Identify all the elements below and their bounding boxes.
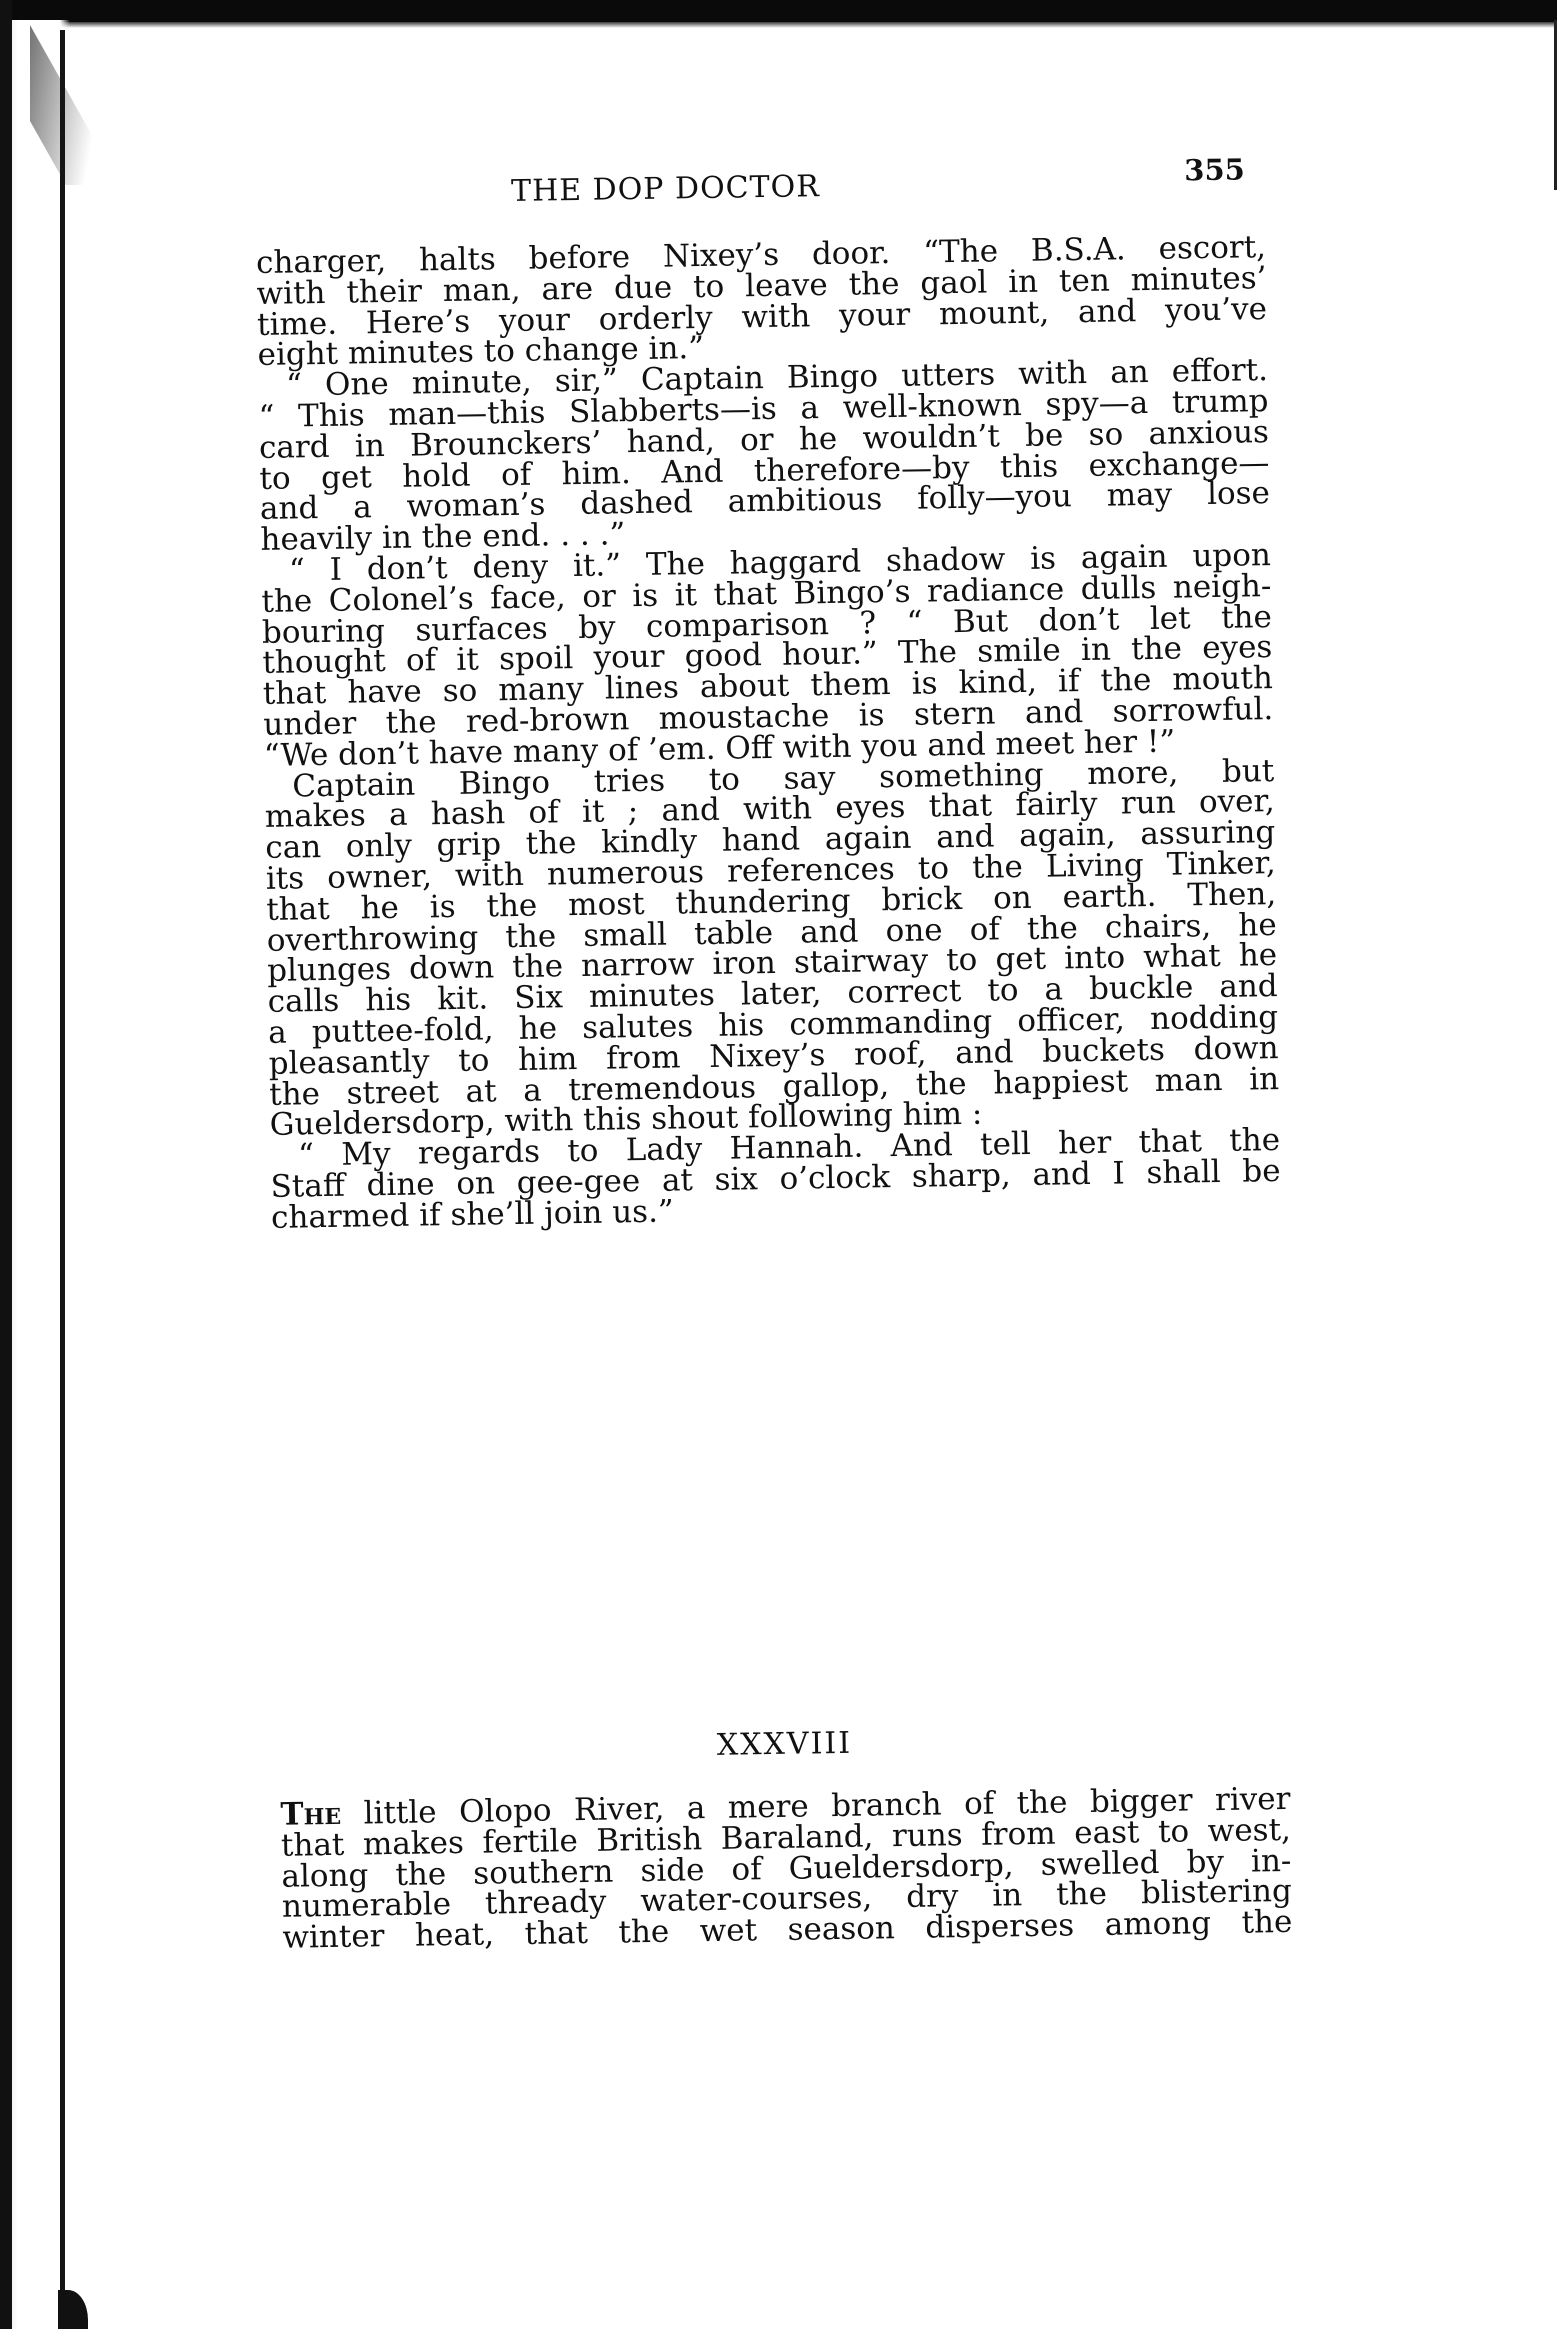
running-title: THE DOP DOCTOR: [511, 169, 820, 209]
page-number: 355: [1184, 152, 1245, 187]
scan-left-edge: [0, 0, 12, 2329]
chapter-heading: XXXVIII: [279, 1719, 1289, 1770]
chapter-text: The little Olopo River, a mere branch of…: [280, 1784, 1292, 1954]
running-head: THE DOP DOCTOR 355: [255, 154, 1266, 210]
body-text: charger, halts before Nixey’s door. “The…: [256, 232, 1281, 1233]
scan-top-shadow: [0, 22, 1557, 28]
scan-top-edge: [0, 0, 1557, 22]
binding-line: [60, 30, 65, 2329]
binding-foot: [58, 2290, 88, 2329]
